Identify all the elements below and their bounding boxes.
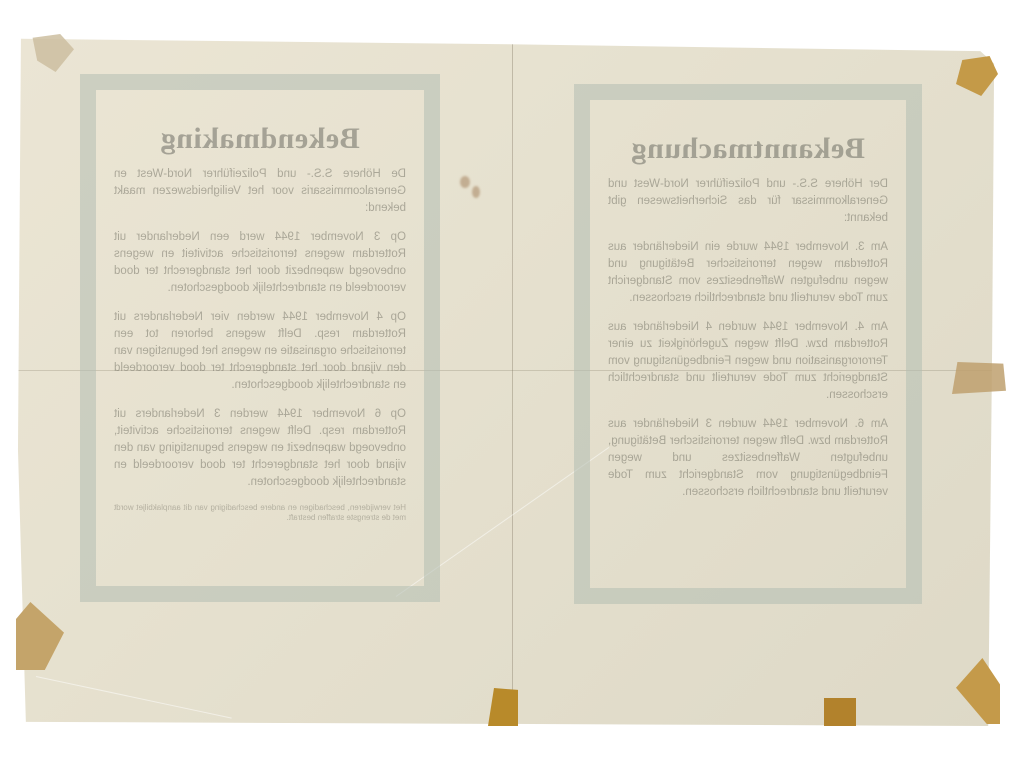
panel-title: Bekanntmachung bbox=[608, 132, 888, 166]
paragraph: Am 6. November 1944 wurden 3 Niederlände… bbox=[608, 416, 888, 501]
tape-piece-bottom-right-center bbox=[824, 698, 856, 726]
panel-title: Bekendmaking bbox=[114, 122, 406, 156]
paragraph: Op 6 November 1944 werden 3 Nederlanders… bbox=[114, 406, 406, 491]
stain-mark bbox=[472, 186, 480, 198]
german-proclamation-panel: Bekanntmachung Der Höhere S.S.- und Poli… bbox=[574, 84, 922, 604]
paragraph: Der Höhere S.S.- und Polizeiführer Nord-… bbox=[608, 176, 888, 227]
dutch-proclamation-panel: Bekendmaking De Höhere S.S.- und Polizei… bbox=[80, 74, 440, 602]
paragraph: Op 4 November 1944 werden vier Nederland… bbox=[114, 309, 406, 394]
paragraph: Op 3 November 1944 werd een Nederlander … bbox=[114, 229, 406, 297]
vertical-fold-line bbox=[512, 36, 513, 726]
footnote: Het verwijderen, beschadigen en andere b… bbox=[114, 503, 406, 523]
paper-crease bbox=[36, 676, 232, 719]
paragraph: Am 3. November 1944 wurde ein Niederländ… bbox=[608, 239, 888, 307]
stain-mark bbox=[460, 176, 470, 188]
tape-piece-right-middle bbox=[952, 362, 1006, 394]
paragraph: De Höhere S.S.- und Polizeiführer Nord-W… bbox=[114, 166, 406, 217]
paragraph: Am 4. November 1944 wurden 4 Niederlände… bbox=[608, 319, 888, 404]
